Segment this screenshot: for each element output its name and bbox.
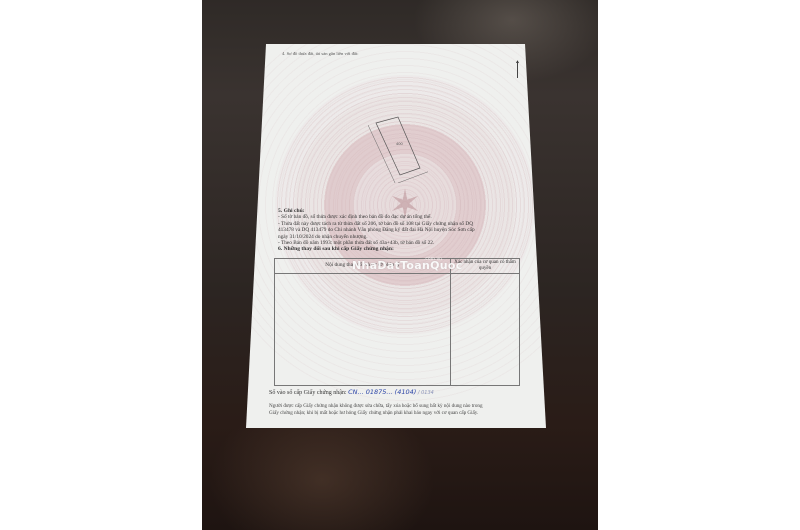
changes-table: Nội dung thay đổi và cơ sở pháp lý Xác n…	[274, 258, 520, 386]
land-parcel-diagram: 400	[368, 113, 428, 183]
registry-handwritten-suffix: / 0134	[418, 390, 434, 396]
table-column-divider	[450, 259, 451, 385]
registry-label: Số vào sổ cấp Giấy chứng nhận:	[269, 390, 347, 396]
notes-section: 5. Ghi chú: - Số tờ bản đồ, số thửa được…	[278, 208, 528, 253]
changes-title: 6. Những thay đổi sau khi cấp Giấy chứng…	[278, 246, 528, 252]
watermark-logo: NhaDatToanQuoc	[352, 259, 463, 272]
footer-line: Người được cấp Giấy chứng nhận không đượ…	[269, 403, 483, 410]
footer-warning: Người được cấp Giấy chứng nhận không đượ…	[269, 403, 483, 417]
footer-line: Giấy chứng nhận; khi bị mất hoặc hư hỏng…	[269, 410, 483, 417]
registry-number-line: Số vào sổ cấp Giấy chứng nhận: CN... 018…	[269, 388, 434, 396]
north-arrow-shaft	[517, 62, 518, 78]
section-4-title: 4. Sơ đồ thửa đất, tài sản gắn liền với …	[282, 51, 359, 56]
watermark-domain: .com.vn	[424, 257, 442, 262]
parcel-number: 400	[396, 141, 403, 146]
registry-handwritten-value: CN... 01875... (4104)	[348, 388, 416, 396]
table-header-divider	[275, 273, 519, 274]
